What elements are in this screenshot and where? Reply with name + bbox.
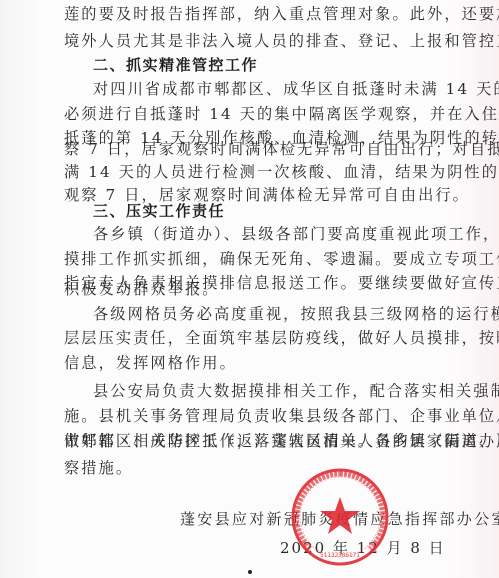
section-heading-2: 二、抓实精准管控工作: [93, 55, 258, 75]
text-line: 各乡镇（街道办）、县级各部门要高度重视此项工作，要将: [93, 224, 469, 244]
text-line: 县公安局负责大数据摸排相关工作，配合落实相关强制性措: [93, 381, 469, 401]
text-line: 莲的要及时报告指挥部，纳入重点管理对象。此外，还要加强对: [64, 4, 440, 24]
document-page: 莲的要及时报告指挥部，纳入重点管理对象。此外，还要加强对 境外人员尤其是非法入境…: [0, 0, 499, 578]
text-line: 各级网格员务必高度重视，按照我县三级网格的运行模式，: [93, 304, 469, 324]
decorative-dot: [248, 570, 252, 574]
text-line: 必须进行自抵蓬时 14 天的集中隔离医学观察，并在入住当天和: [64, 104, 440, 124]
text-line: 信息，发挥网格作用。: [64, 353, 440, 373]
text-line: 满 14 天的人员进行检测一次核酸、血清，结果为阴性的转居家: [64, 162, 440, 182]
section-heading-3: 三、压实工作责任: [93, 201, 225, 221]
text-line: 摸排工作抓实抓细，确保无死角、零遗漏。要成立专项工作小组，: [64, 249, 440, 269]
issuer-signature: 蓬安县应对新冠肺炎疫情应急指挥部办公室: [180, 509, 499, 529]
text-line: 境外人员尤其是非法入境人员的排查、登记、上报和管控工作。: [64, 31, 440, 51]
text-line: 层层压实责任，全面筑牢基层防疫线，做好人员摸排，按时上报: [64, 328, 440, 348]
text-line: 对四川省成都市郫都区、成华区自抵蓬时未满 14 天的人员，: [93, 79, 469, 99]
text-line: 察措施。: [64, 458, 440, 478]
text-line: 察 7 日，居家观察时间满体检无异常可自由出行；对自抵蓬时已: [64, 139, 440, 159]
text-line: 积极发动群众举报。: [64, 279, 440, 299]
text-line: 施。县机关事务管理局负责收集县级各部门、企事业单位从成都: [64, 406, 440, 426]
text-line: 做好辖区相关防控工作，落实辖区相关人员的居家隔离、居家观: [64, 431, 440, 451]
issue-date: 2020 年 12 月 8 日: [280, 538, 446, 558]
